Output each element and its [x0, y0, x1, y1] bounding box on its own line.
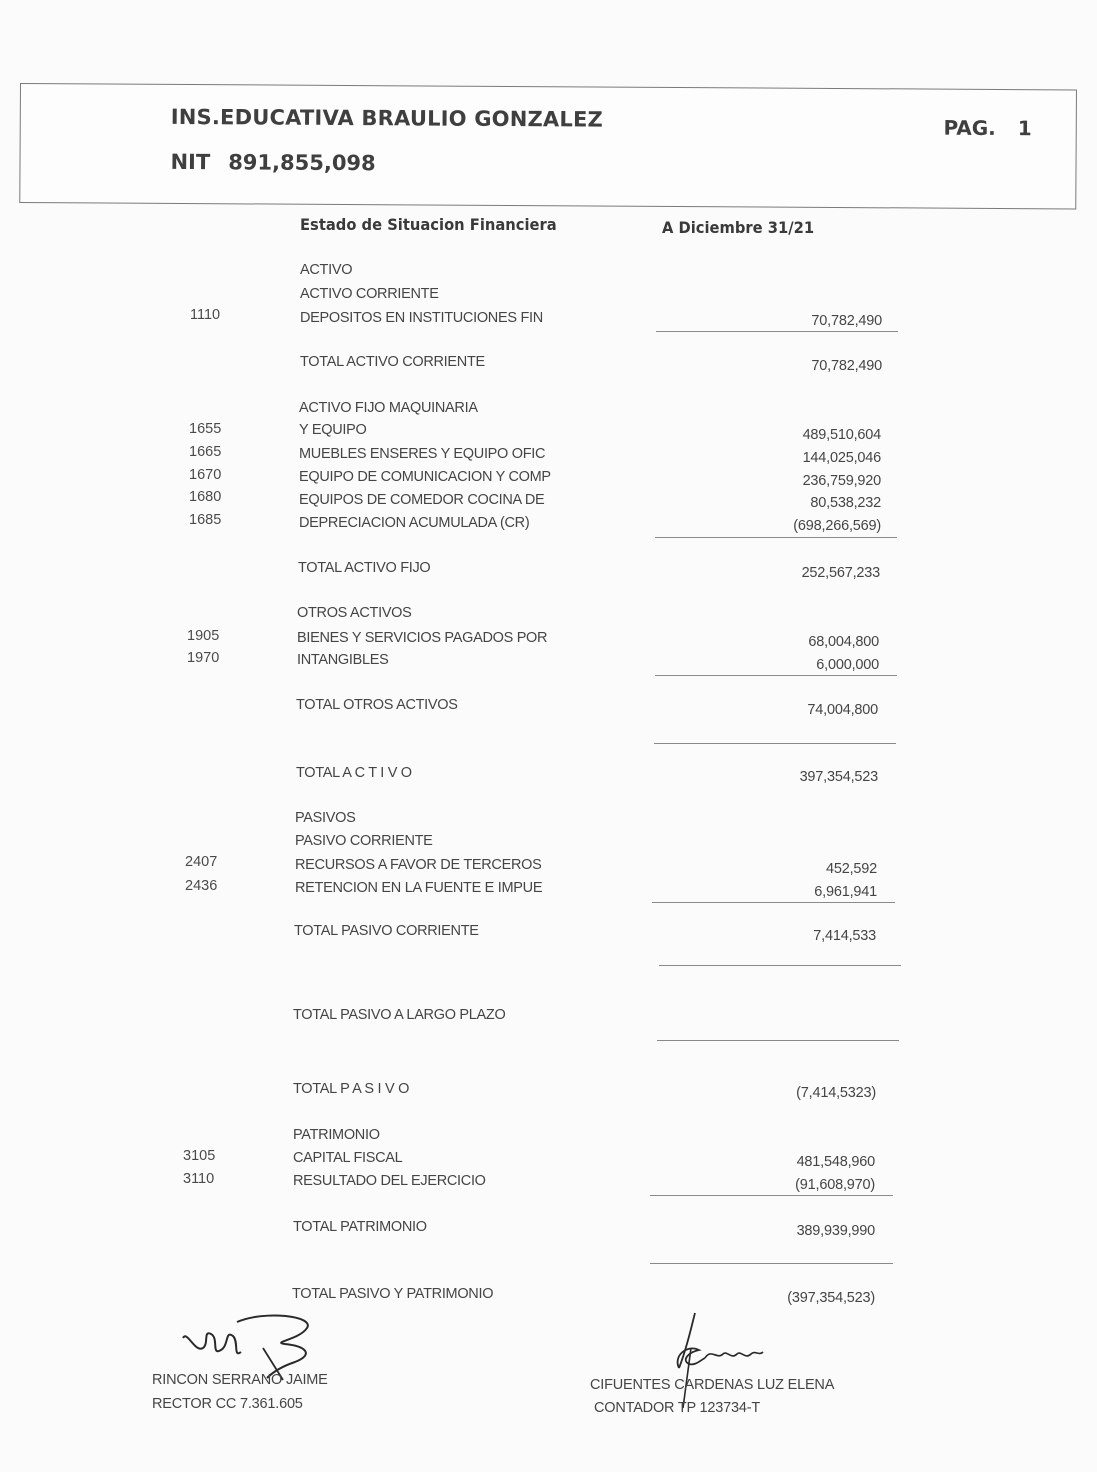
account-name: RETENCION EN LA FUENTE E IMPUE — [295, 880, 542, 896]
section-activo-corriente: ACTIVO CORRIENTE — [300, 286, 439, 302]
account-code: 1110 — [190, 307, 220, 323]
total-label: TOTAL P A S I V O — [293, 1081, 409, 1097]
account-amount: 80,538,232 — [681, 495, 881, 511]
account-amount: (698,266,569) — [681, 518, 881, 534]
account-amount: 144,025,046 — [681, 450, 881, 466]
subtotal-rule — [654, 743, 896, 744]
total-amount: 252,567,233 — [680, 565, 880, 581]
report-title: Estado de Situacion Financiera — [300, 215, 557, 234]
total-label: TOTAL PATRIMONIO — [293, 1219, 427, 1235]
rector-name: RINCON SERRANO JAIME — [152, 1372, 328, 1388]
account-name: EQUIPO DE COMUNICACION Y COMP — [299, 469, 551, 485]
subtotal-rule — [655, 675, 897, 676]
account-code: 1680 — [189, 489, 221, 505]
total-label: TOTAL PASIVO Y PATRIMONIO — [292, 1286, 493, 1302]
total-amount: 70,782,490 — [682, 358, 882, 374]
total-amount: 7,414,533 — [676, 928, 876, 944]
subtotal-rule — [657, 1040, 899, 1041]
nit-line: NIT891,855,098 — [170, 150, 375, 175]
account-name: Y EQUIPO — [299, 422, 366, 438]
institution-name: INS.EDUCATIVA BRAULIO GONZALEZ — [171, 105, 603, 132]
section-pasivo-corriente: PASIVO CORRIENTE — [295, 833, 433, 849]
account-amount: 481,548,960 — [675, 1154, 875, 1170]
account-code: 1670 — [189, 467, 221, 483]
account-amount: (91,608,970) — [675, 1177, 875, 1193]
section-activo: ACTIVO — [300, 262, 352, 278]
subtotal-rule — [650, 1195, 893, 1196]
account-name: CAPITAL FISCAL — [293, 1150, 402, 1166]
rector-signature-icon — [175, 1308, 325, 1378]
subtotal-rule — [652, 902, 895, 903]
account-amount: 6,000,000 — [679, 657, 879, 673]
total-amount: (7,414,5323) — [676, 1085, 876, 1101]
section-activo-fijo: ACTIVO FIJO MAQUINARIA — [299, 400, 478, 416]
account-name: BIENES Y SERVICIOS PAGADOS POR — [297, 630, 547, 646]
account-name: MUEBLES ENSERES Y EQUIPO OFIC — [299, 446, 545, 462]
total-label: TOTAL ACTIVO CORRIENTE — [300, 354, 485, 370]
document-header: INS.EDUCATIVA BRAULIO GONZALEZ NIT891,85… — [19, 83, 1077, 209]
section-pasivos: PASIVOS — [295, 810, 356, 826]
account-code: 1905 — [187, 628, 219, 644]
account-code: 2436 — [185, 878, 217, 894]
account-code: 1970 — [187, 650, 219, 666]
subtotal-rule — [656, 331, 898, 332]
total-amount: 74,004,800 — [678, 702, 878, 718]
report-date: A Diciembre 31/21 — [662, 218, 814, 237]
contador-role: CONTADOR TP 123734-T — [594, 1400, 760, 1416]
total-amount: 397,354,523 — [678, 769, 878, 785]
account-name: DEPRECIACION ACUMULADA (CR) — [299, 515, 529, 531]
account-amount: 68,004,800 — [679, 634, 879, 650]
total-label: TOTAL PASIVO A LARGO PLAZO — [293, 1007, 505, 1023]
rector-role: RECTOR CC 7.361.605 — [152, 1396, 303, 1412]
account-code: 3110 — [183, 1171, 214, 1187]
account-name: EQUIPOS DE COMEDOR COCINA DE — [299, 492, 544, 508]
account-code: 1655 — [189, 421, 221, 437]
account-amount: 6,961,941 — [677, 884, 877, 900]
total-label: TOTAL A C T I V O — [296, 765, 412, 781]
total-label: TOTAL PASIVO CORRIENTE — [294, 923, 479, 939]
page-label: PAG. — [943, 116, 995, 140]
section-otros-activos: OTROS ACTIVOS — [297, 605, 412, 621]
account-code: 2407 — [185, 854, 217, 870]
account-code: 1665 — [189, 444, 221, 460]
subtotal-rule — [650, 1263, 893, 1264]
nit-label: NIT — [170, 150, 210, 174]
account-amount: 452,592 — [677, 861, 877, 877]
page-number: PAG.1 — [943, 116, 1031, 141]
account-code: 3105 — [183, 1148, 215, 1164]
total-amount: 389,939,990 — [675, 1223, 875, 1239]
account-name: DEPOSITOS EN INSTITUCIONES FIN — [300, 310, 543, 326]
account-name: RECURSOS A FAVOR DE TERCEROS — [295, 857, 541, 873]
page-number-value: 1 — [1018, 116, 1032, 140]
account-code: 1685 — [189, 512, 221, 528]
account-name: INTANGIBLES — [297, 652, 389, 668]
subtotal-rule — [659, 965, 901, 966]
total-label: TOTAL ACTIVO FIJO — [298, 560, 430, 576]
total-label: TOTAL OTROS ACTIVOS — [296, 697, 458, 713]
contador-name: CIFUENTES CARDENAS LUZ ELENA — [590, 1377, 834, 1393]
account-amount: 236,759,920 — [681, 473, 881, 489]
section-patrimonio: PATRIMONIO — [293, 1127, 380, 1143]
account-amount: 70,782,490 — [682, 313, 882, 329]
subtotal-rule — [655, 537, 897, 538]
account-name: RESULTADO DEL EJERCICIO — [293, 1173, 486, 1189]
nit-value: 891,855,098 — [228, 150, 376, 175]
total-amount: (397,354,523) — [675, 1290, 875, 1306]
account-amount: 489,510,604 — [681, 427, 881, 443]
